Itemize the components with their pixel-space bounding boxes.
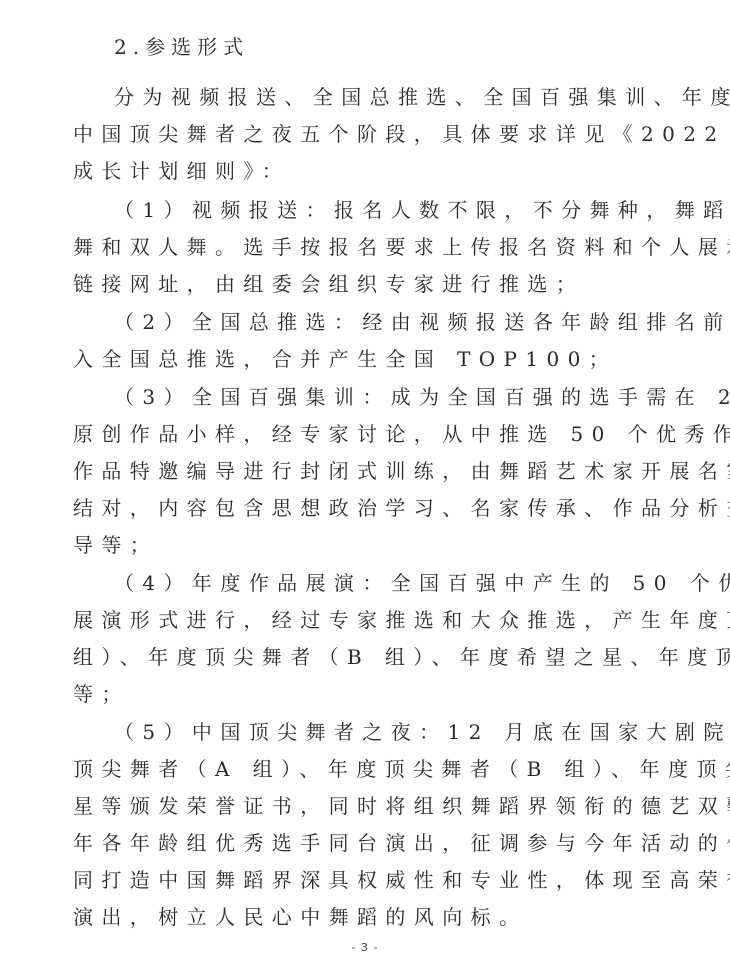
paragraph-line: 等； [73, 681, 673, 707]
paragraph-line: 同打造中国舞蹈界深具权威性和专业性，体现至高荣誉的舞蹈明星 [73, 867, 673, 893]
paragraph-line: （4）年度作品展演：全国百强中产生的 50 个优秀作品以剧场 [114, 570, 714, 596]
paragraph-line: 结对，内容包含思想政治学习、名家传承、作品分析交流及创作引 [73, 495, 673, 521]
paragraph-line: 组）、年度顶尖舞者（B 组）、年度希望之星、年度顶尖舞者作品 [73, 644, 673, 670]
paragraph-line: 原创作品小样，经专家讨论，从中推选 50 个优秀作品的选手及其 [73, 421, 673, 447]
section-heading: 2.参选形式 [114, 34, 714, 60]
paragraph-line: 星等颁发荣誉证书，同时将组织舞蹈界领衔的德艺双馨舞蹈家与今 [73, 793, 673, 819]
paragraph-line: 展演形式进行，经过专家推选和大众推选，产生年度顶尖舞者（A [73, 607, 673, 633]
paragraph-line: （1）视频报送：报名人数不限，不分舞种，舞蹈形式仅限独 [114, 197, 714, 223]
paragraph-line: 分为视频报送、全国总推选、全国百强集训、年度作品展演、 [114, 84, 714, 110]
paragraph-line: 链接网址，由组委会组织专家进行推选； [73, 271, 673, 297]
paragraph-line: 成长计划细则》： [73, 158, 673, 184]
paragraph-line: （3）全国百强集训：成为全国百强的选手需在 2 个月内提交 [114, 384, 714, 410]
paragraph-line: 导等； [73, 532, 673, 558]
document-page: 2.参选形式 分为视频报送、全国总推选、全国百强集训、年度作品展演、 中国顶尖舞… [0, 0, 730, 973]
paragraph-line: （5）中国顶尖舞者之夜：12 月底在国家大剧院为 2022 年度 [114, 719, 714, 745]
paragraph-line: （2）全国总推选：经由视频报送各年龄组排名前 100 名，进 [114, 309, 714, 335]
paragraph-line: 顶尖舞者（A 组）、年度顶尖舞者（B 组）、年度顶尖舞者希望之 [73, 756, 673, 782]
paragraph-line: 入全国总推选，合并产生全国 TOP100； [73, 346, 673, 372]
paragraph-line: 中国顶尖舞者之夜五个阶段，具体要求详见《2022 中国顶尖舞者 [73, 121, 673, 147]
paragraph-line: 作品特邀编导进行封闭式训练，由舞蹈艺术家开展名家传承和导师 [73, 458, 673, 484]
page-number: - 3 - [0, 941, 730, 954]
paragraph-line: 演出，树立人民心中舞蹈的风向标。 [73, 904, 673, 930]
paragraph-line: 舞和双人舞。选手按报名要求上传报名资料和个人展示视频至指定 [73, 234, 673, 260]
paragraph-line: 年各年龄组优秀选手同台演出，征调参与今年活动的优秀节目，共 [73, 830, 673, 856]
